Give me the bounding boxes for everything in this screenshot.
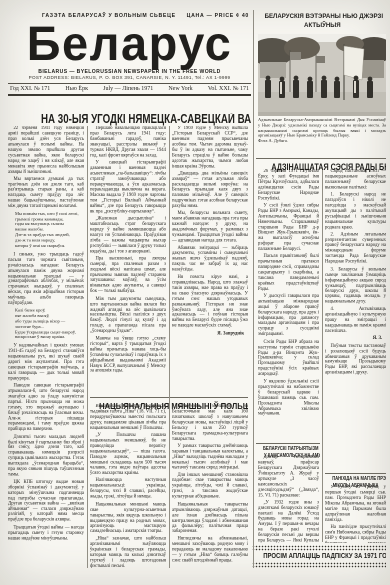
- newspaper-page: ГАЗЭТА БЕЛАРУСАЎ У ВОЛЬНЫМ СЬВЕЦЕ ЦАНА —…: [0, 0, 390, 585]
- body-paragraph: Між тым дакумэнты сьведчаць, што партыза…: [90, 297, 166, 335]
- body-paragraph: У сэсіі ўзялі ўдзел сябры Рады БНР з Амэ…: [258, 203, 319, 252]
- body-paragraph: Выдаваная ў Беластоку беларуская тыднёва…: [90, 404, 166, 431]
- body-paragraph: Сярод пастановаў сэсіі — пацьверджаньне …: [325, 169, 386, 191]
- body-paragraph: Доктар гістарычных навукаў, прафэсар Бел…: [258, 455, 319, 498]
- body-paragraph: У 1969 годзе ў Менску выйшла „Гісторыя Б…: [172, 126, 248, 169]
- veterans-article: БЕЛАРУСКІЯ ВЭТЭРАНЫ НЬЮ ДЖЭРЗІ АКТЫЎНЫЯ: [258, 13, 386, 148]
- body-paragraph: „У 1932 годзе яны з дзясяткамі беларускі…: [258, 500, 319, 543]
- body-paragraph: 3. Беларусы ў вольным сьвеце закліканыя …: [325, 267, 386, 305]
- verse-block: Мы помнім тых, што ў полі леглі, грымелі…: [8, 212, 84, 249]
- body-paragraph: Поўныя тэксты пастановаў і рэзалюцыяў сэ…: [325, 343, 386, 376]
- body-paragraph: Пра высяленьні, пра лягеры сьмерці, пра …: [90, 257, 166, 295]
- body-paragraph: Адзначэньне Беларуска-Амэрыканскімі Вэтэ…: [258, 118, 386, 139]
- body-paragraph: „Дваццаць два мільёны савецкіх ахвяраў“ …: [172, 171, 248, 209]
- abramchyk-article-column: У суботу 29 траўня, у першыя ўгодкі сьме…: [325, 485, 386, 543]
- body-paragraph: На паніхідзе прысутнічалі сям'я Нябожчык…: [325, 525, 386, 543]
- body-paragraph: У надзвычайных і цяжкіх умовах 1941-45 г…: [8, 344, 84, 382]
- body-paragraph: 26 чэрвеня 1971 г. у Нью Ёрку, у залі Фу…: [258, 169, 319, 202]
- dateline-city-by: Нью Ёрк: [65, 86, 88, 92]
- main-article-column-1: 22 чэрвеня 1941 году нямецкія арміі пера…: [8, 126, 84, 568]
- column-divider-3: [322, 170, 323, 542]
- body-paragraph: 22 чэрвеня 1941 году нямецкія арміі пера…: [8, 126, 84, 175]
- body-paragraph: Мы, беларусы вольнага сьвету, маем абавя…: [172, 211, 248, 244]
- body-paragraph: У савецкай гістарыяграфіі даваенныя і ва…: [90, 160, 166, 214]
- masthead-address: POST ADDRESS: BIELARUS, P. O. BOX 391, C…: [8, 75, 251, 80]
- poland-article-column-2: Беларуская меншыня на Беласточчыне мае к…: [172, 404, 248, 568]
- signature: Фота А. Дубяга.: [258, 139, 386, 144]
- subscription-notice-text: ПРОСІМ АПЛАЦІЦЬ ПАДПІСКУ ЗА 1971 ГОД: [252, 551, 386, 562]
- body-paragraph: Нацыянальныя меншыні маюць свае культурн…: [90, 502, 166, 535]
- verse-block: Калі бялее кроў, пяе жалоба высяў, або т…: [8, 309, 84, 341]
- veterans-parade-photo: [258, 34, 386, 116]
- dotted-rule-bottom: [252, 562, 386, 568]
- main-article-column-2: Першаю навальніцаю пракацілася праз Бела…: [90, 126, 166, 384]
- body-paragraph: І сяньня, ужо трыццаць гадоў пасьля таго…: [8, 252, 84, 306]
- body-paragraph: Нацыянальныя таварыствы атрымліваюць дзя…: [172, 502, 248, 535]
- body-paragraph: 2. Адзіным легальным рэпрэзэнтантам суве…: [325, 233, 386, 266]
- body-paragraph: Беларуская меншыня на Беласточчыне мае к…: [172, 404, 248, 442]
- body-paragraph: ЦК КПБ штогоду выдае новыя зборнікі ўспа…: [8, 480, 84, 523]
- signature: Я. Запруднік: [172, 331, 248, 336]
- body-paragraph: Нягледзячы на абмежаваньні, меншыні захо…: [172, 537, 248, 564]
- body-paragraph: Маючы на ўвеце гэтую „схему гісторыі“, в…: [90, 336, 166, 374]
- column-divider-2: [169, 126, 170, 568]
- body-paragraph: Налічваюцца наступныя нацыянальнасьці: у…: [90, 478, 166, 500]
- body-paragraph: 1. Беларускі народ не пагадзіўся і нікол…: [325, 193, 386, 231]
- photo-caption: Адзначэньне Беларуска-Амэрыканскімі Вэтэ…: [258, 118, 386, 148]
- main-article-column-3: У 1969 годзе ў Менску выйшла „Гісторыя Б…: [172, 126, 248, 384]
- subscription-notice: ПРОСІМ АПЛАЦІЦЬ ПАДПІСКУ ЗА 1971 ГОД: [252, 545, 386, 568]
- body-paragraph: Першаю навальніцаю пракацілася праз Бела…: [90, 126, 166, 159]
- main-vertical-divider: [253, 10, 254, 568]
- masthead: ГАЗЭТА БЕЛАРУСАЎ У ВОЛЬНЫМ СЬВЕЦЕ ЦАНА —…: [8, 13, 251, 96]
- body-paragraph: У суботу 29 траўня, у першыя ўгодкі сьме…: [325, 485, 386, 523]
- dateline-volume-en: Vol. XXI. № 171: [208, 86, 249, 92]
- body-paragraph: Паводле савецкае гістарыяграфіі атрымала…: [8, 384, 84, 433]
- poland-article-column-1: Выдаваная ў Беластоку беларуская тыднёва…: [90, 404, 166, 568]
- body-paragraph: Дзясяткі тысяч маладых людзей былі кінут…: [8, 435, 84, 478]
- newspaper-title: Беларус: [8, 20, 251, 67]
- body-paragraph: У рамках таварыства дзейнічаюць харавыя …: [172, 444, 248, 471]
- body-paragraph: „Ніва“ зазначае, што найбольш арганізава…: [90, 537, 166, 568]
- body-paragraph: Трыццатыя ўгодкі вайны — нагода прыгадац…: [8, 525, 84, 541]
- dateline-date: July — Ліпень 1971: [103, 86, 153, 92]
- body-paragraph: У нядзелю ўдзельнікі сэсіі прысутнічалі …: [258, 379, 319, 417]
- komsomolsk-article-column: Доктар гістарычных навукаў, прафэсар Бел…: [258, 455, 319, 543]
- bnr-article-column-1: 26 чэрвеня 1971 г. у Нью Ёрку, у залі Фу…: [258, 169, 319, 432]
- body-paragraph: Мы вяртаемся думкамі да тых трагічных дз…: [8, 177, 84, 210]
- dateline-city-en: New York: [168, 86, 192, 92]
- body-paragraph: „Жалезная дысцыпліна“ і маштабнасьць стр…: [90, 217, 166, 255]
- body-paragraph: У дыскусіі гаварылася пра актывізацыю мі…: [258, 294, 319, 337]
- veterans-headline: БЕЛАРУСКІЯ ВЭТЭРАНЫ НЬЮ ДЖЭРЗІ АКТЫЎНЫЯ: [258, 13, 386, 31]
- body-paragraph: Сэсія Рады БНР абрала на наступны тэрмін…: [258, 340, 319, 378]
- bnr-article-column-2: Сярод пастановаў сэсіі — пацьверджаньне …: [325, 169, 386, 462]
- signature: Я. З.: [325, 336, 386, 341]
- body-paragraph: Для іншых меншыняў становішча падобнае: …: [172, 473, 248, 500]
- body-paragraph: Пасьля прывітаньняў былі прачытаныя прат…: [258, 254, 319, 292]
- dateline-volume-by: Год XXI. № 171: [10, 86, 50, 92]
- column-divider-1: [87, 126, 88, 568]
- dateline: Год XXI. № 171 Нью Ёрк July — Ліпень 197…: [8, 83, 251, 96]
- body-paragraph: Абавязак эміграцыі — зьбіраць дакумэнты,…: [172, 246, 248, 273]
- body-paragraph: „У Польшчы пашана нацыянальных меншыняў,…: [90, 433, 166, 476]
- body-paragraph: 4. Актывізаваць арганізацыйную і культур…: [325, 307, 386, 334]
- body-paragraph: Ня помста кіруе намі, а справядлівасьць.…: [172, 275, 248, 329]
